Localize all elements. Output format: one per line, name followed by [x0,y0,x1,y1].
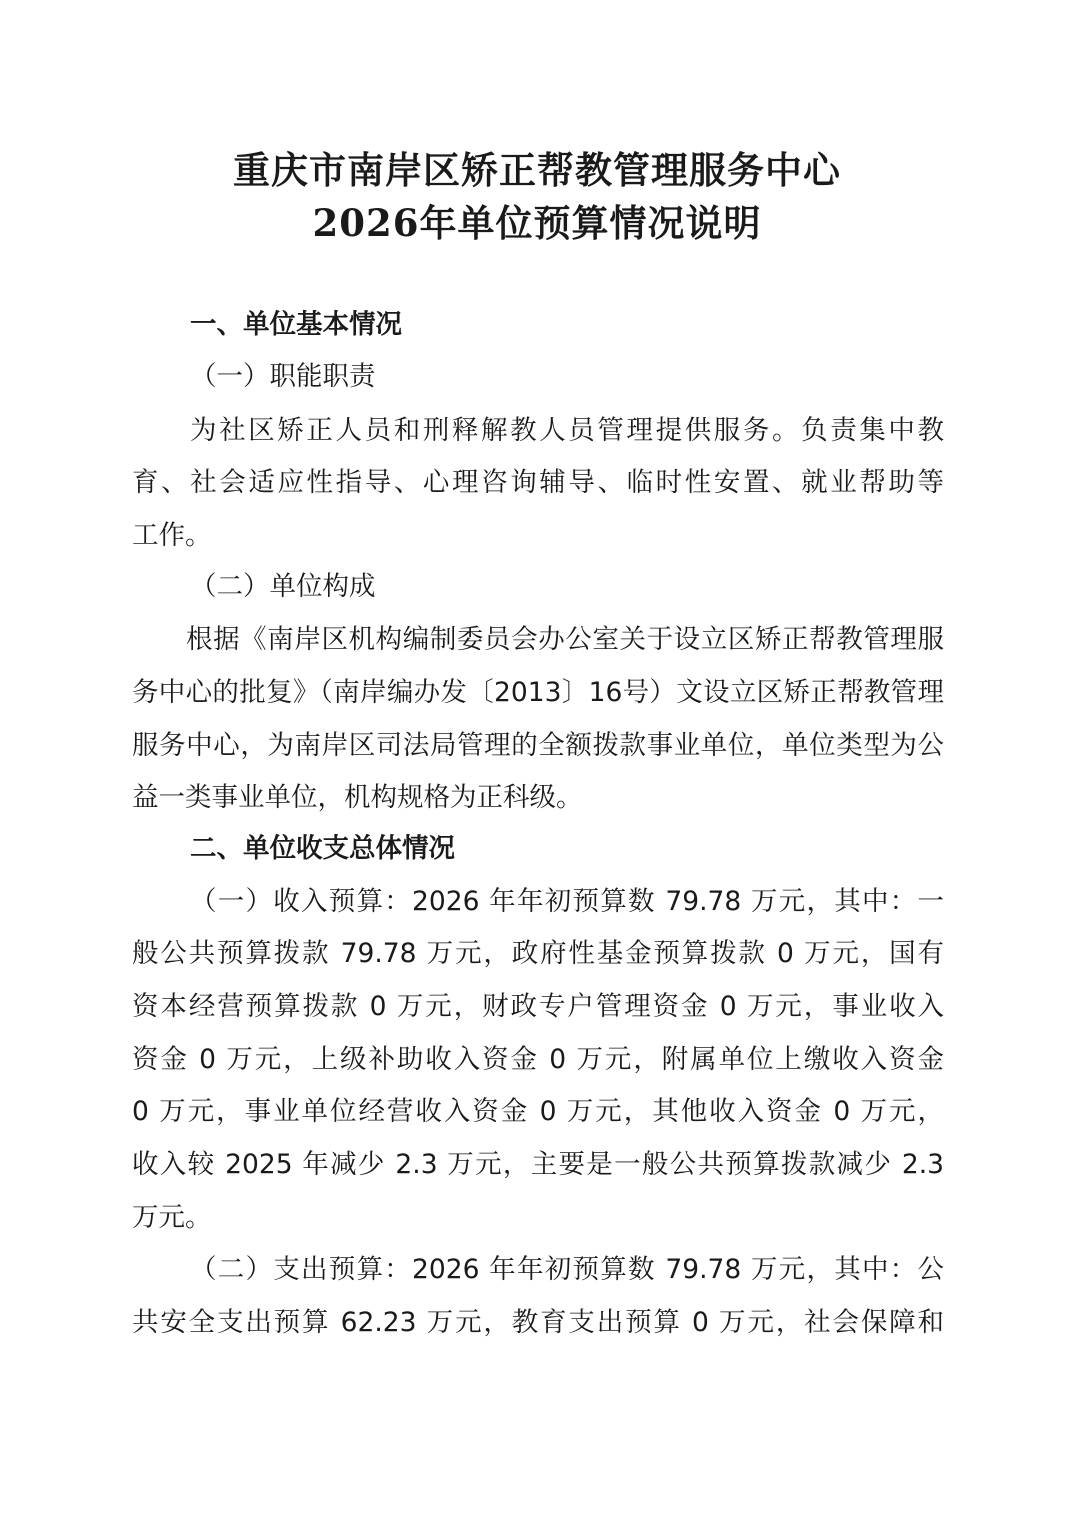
section-heading: （一）职能职责 [190,357,1002,397]
paragraph-line: 益一类事业单位，机构规格为正科级。 [132,778,944,818]
section-heading: （二）单位构成 [190,567,1002,607]
section-heading: 二、单位收支总体情况 [190,829,1002,869]
paragraph-line: （一）收入预算：2026 年年初预算数 79.78 万元，其中：一 [190,882,944,922]
paragraph-line: （二）支出预算：2026 年年初预算数 79.78 万元，其中：公 [190,1250,944,1290]
paragraph-line: 工作。 [132,516,944,556]
paragraph-line: 为社区矫正人员和刑释解教人员管理提供服务。负责集中教 [190,411,944,451]
paragraph-line: 育、社会适应性指导、心理咨询辅导、临时性安置、就业帮助等 [132,463,944,503]
section-heading: 一、单位基本情况 [190,305,1002,345]
paragraph-line: 资本经营预算拨款 0 万元，财政专户管理资金 0 万元，事业收入 [132,987,944,1027]
paragraph-line: 收入较 2025 年减少 2.3 万元，主要是一般公共预算拨款减少 2.3 [132,1145,944,1185]
title-line-1: 重庆市南岸区矫正帮教管理服务中心 [0,140,1074,194]
paragraph-line: 资金 0 万元，上级补助收入资金 0 万元，附属单位上缴收入资金 [132,1040,944,1080]
paragraph-line: 万元。 [132,1198,944,1238]
paragraph-line: 般公共预算拨款 79.78 万元，政府性基金预算拨款 0 万元，国有 [132,934,944,974]
paragraph-line: 服务中心，为南岸区司法局管理的全额拨款事业单位，单位类型为公 [132,726,944,766]
paragraph-line: 根据《南岸区机构编制委员会办公室关于设立区矫正帮教管理服 [186,620,944,660]
title-line-2: 2026年单位预算情况说明 [0,193,1074,247]
paragraph-line: 0 万元，事业单位经营收入资金 0 万元，其他收入资金 0 万元， [132,1092,944,1132]
paragraph-line: 共安全支出预算 62.23 万元，教育支出预算 0 万元，社会保障和 [132,1303,944,1343]
paragraph-line: 务中心的批复》（南岸编办发〔2013〕16号）文设立区矫正帮教管理 [132,673,944,713]
